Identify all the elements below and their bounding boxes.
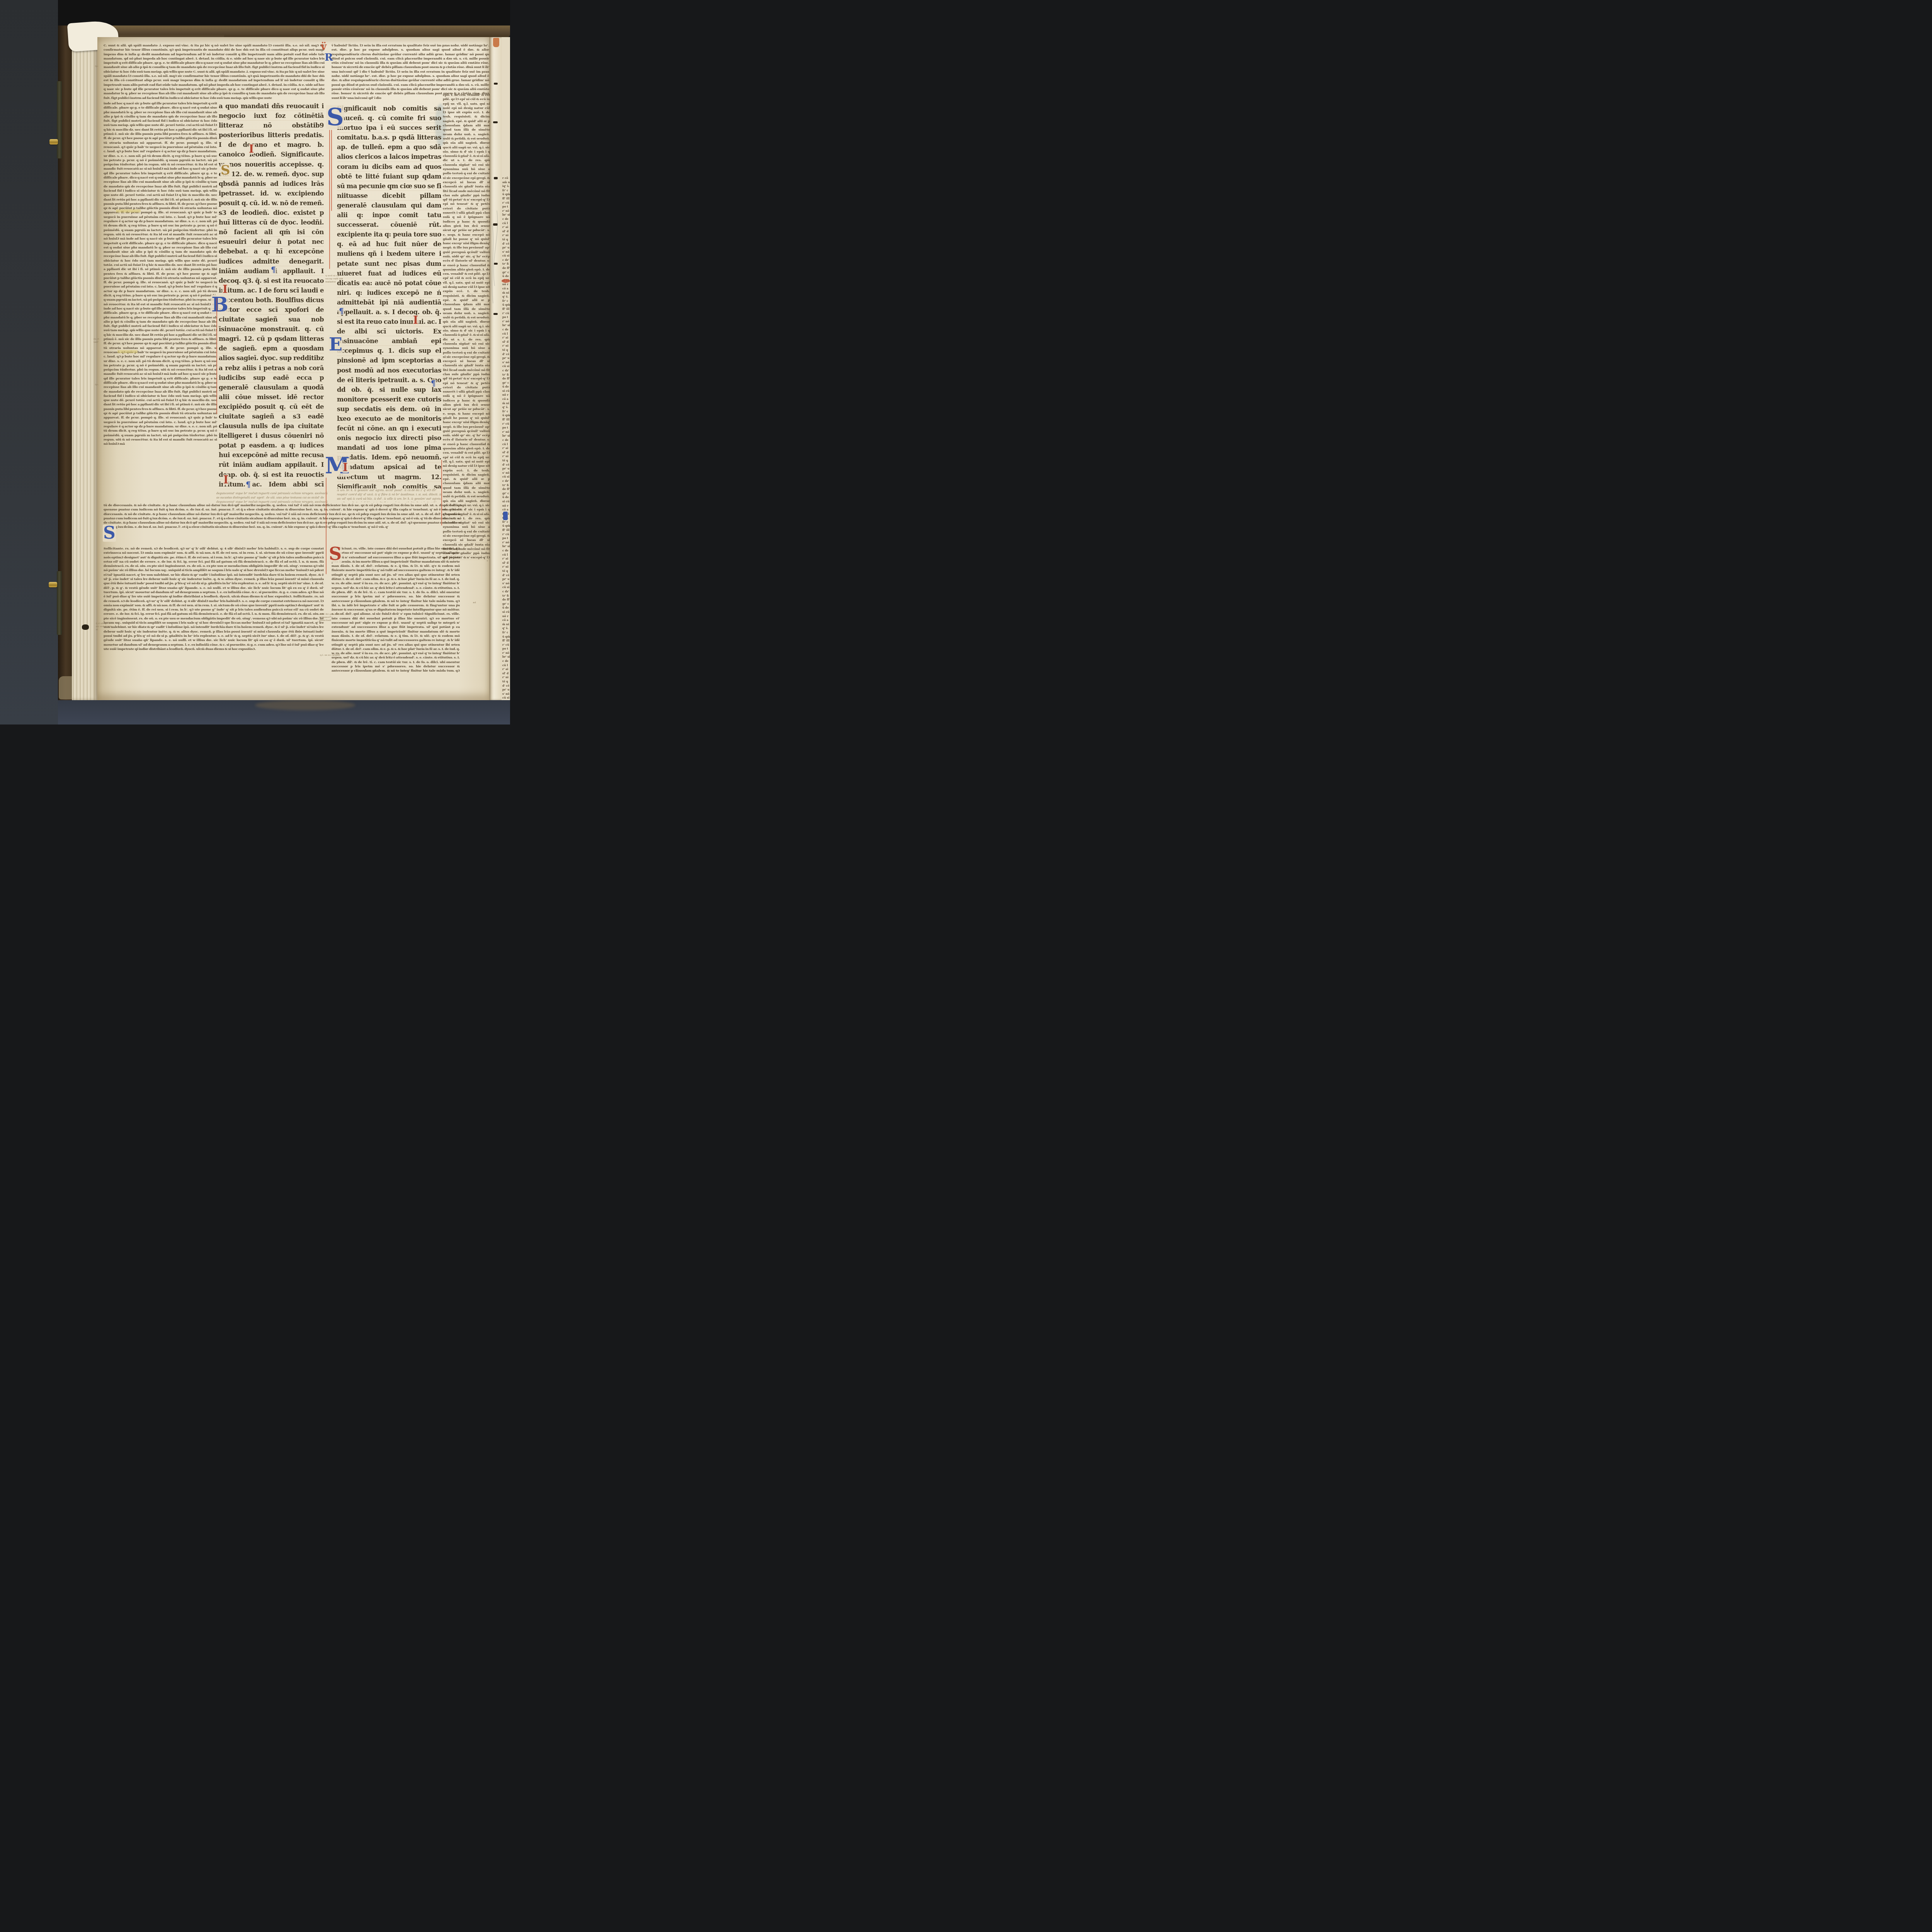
yellow-highlight	[117, 350, 138, 353]
penwork-flourish	[441, 460, 442, 526]
background-left	[0, 0, 58, 724]
next-page-blue-initial	[503, 512, 508, 520]
marginal-note: q̄o.	[95, 383, 103, 388]
yellow-highlight	[116, 209, 141, 213]
fore-edge-mark	[493, 313, 498, 315]
clasp-strap-top	[57, 81, 62, 158]
fore-edge-fold	[489, 37, 502, 700]
initial-red-I-col1-3: I	[223, 474, 229, 485]
bookmark-tab	[493, 38, 499, 47]
background-top	[58, 0, 510, 26]
initial-blue-S-col2: S	[326, 105, 344, 129]
bottom-gloss-full: tū de diœcesanis. & nō de ciuitate. & p …	[104, 503, 461, 546]
marginal-note: q̄ d uh qr' e sic uidet' hēc si	[96, 622, 114, 638]
initial-red-I-col2-2: I	[342, 462, 348, 473]
fore-edge-mark	[493, 121, 498, 123]
initial-blue-E-col2: E	[328, 335, 343, 353]
pilcrow-blue-col1-2: ¶	[245, 481, 251, 488]
top-gloss-left: C. sunt & alii. qñ spāli mandato .i. exp…	[104, 43, 325, 100]
bottom-gloss-right: Significiunt. rs. ville. iste comes dñi …	[332, 546, 460, 672]
pilcrow-blue-col2-2: ¶	[430, 379, 436, 387]
marginal-note: q.l. se so opœlle	[320, 654, 340, 662]
ornament-red-flourish: v̈	[321, 41, 327, 53]
right-margin-gloss: epō. I. de cen. venabil' & est pilē. qz …	[443, 93, 490, 561]
marginal-note: ad	[473, 601, 481, 606]
marginal-note: deut ibi genouenā sucessor? spencheit	[319, 613, 342, 627]
initial-gold-S-col1: S	[220, 164, 231, 177]
main-text-column-1: a quo mandati dñs reuocauit i negocio iu…	[219, 101, 324, 490]
top-gloss-ornament: v̈ R	[321, 41, 332, 69]
next-page-red-ornament	[502, 279, 510, 283]
initial-blue-B-col1: B	[211, 295, 229, 315]
initial-red-I-col1: I	[248, 144, 254, 155]
manuscript-photo: r cō am̄ niq' s̄. fr' cū qm̄ ff' illr' c…	[0, 0, 510, 724]
initial-red-S-bottom: S	[328, 545, 342, 563]
brass-clasp-pin-top	[49, 139, 58, 145]
pilcrow-blue-col1: ¶	[270, 266, 276, 274]
clasp-strap-bottom	[57, 571, 62, 635]
margin-pen-sketch	[489, 209, 501, 309]
interlinear-note-col2: & urs. br. k. & gessūm' aut' ag'eiu. acc…	[337, 488, 442, 502]
initial-blue-S-bottom: S	[103, 525, 116, 542]
gutter-page-edges	[72, 31, 97, 700]
penwork-flourish	[216, 298, 217, 414]
marginal-note: q uod ui cū excep ralū uiā malastei	[325, 274, 345, 291]
next-page-text-fragment: r cō am̄ niq' s̄. fr' cū qm̄ ff' illr' c…	[502, 176, 510, 700]
gutter-tear-lower	[82, 624, 89, 630]
brass-clasp-pin-bottom	[49, 582, 57, 587]
marginal-note: q̄o	[95, 65, 103, 70]
left-margin-gloss: inde ad hoc q nacē sic p bute qd ille pc…	[104, 101, 217, 492]
penwork-flourish	[329, 130, 330, 269]
pilcrow-blue-col2: ¶	[338, 307, 344, 315]
vellum-stain-bottom	[255, 700, 355, 710]
bottom-gloss-left: Sollicitante. rs. nō de remeñ. s3 de leo…	[104, 546, 324, 689]
marginal-note: de ri uall'	[94, 338, 104, 345]
fore-edge-mark	[494, 177, 498, 179]
initial-red-I-col2: I	[413, 315, 418, 326]
main-text-column-2: Significauit nob comitis sa nauceñ. q. c…	[337, 104, 441, 488]
fore-edge-mark	[494, 83, 498, 85]
penwork-flourish	[326, 478, 327, 574]
penwork-flourish	[331, 130, 332, 211]
next-page-edge: r cō am̄ niq' s̄. fr' cū qm̄ ff' illr' c…	[502, 37, 510, 700]
